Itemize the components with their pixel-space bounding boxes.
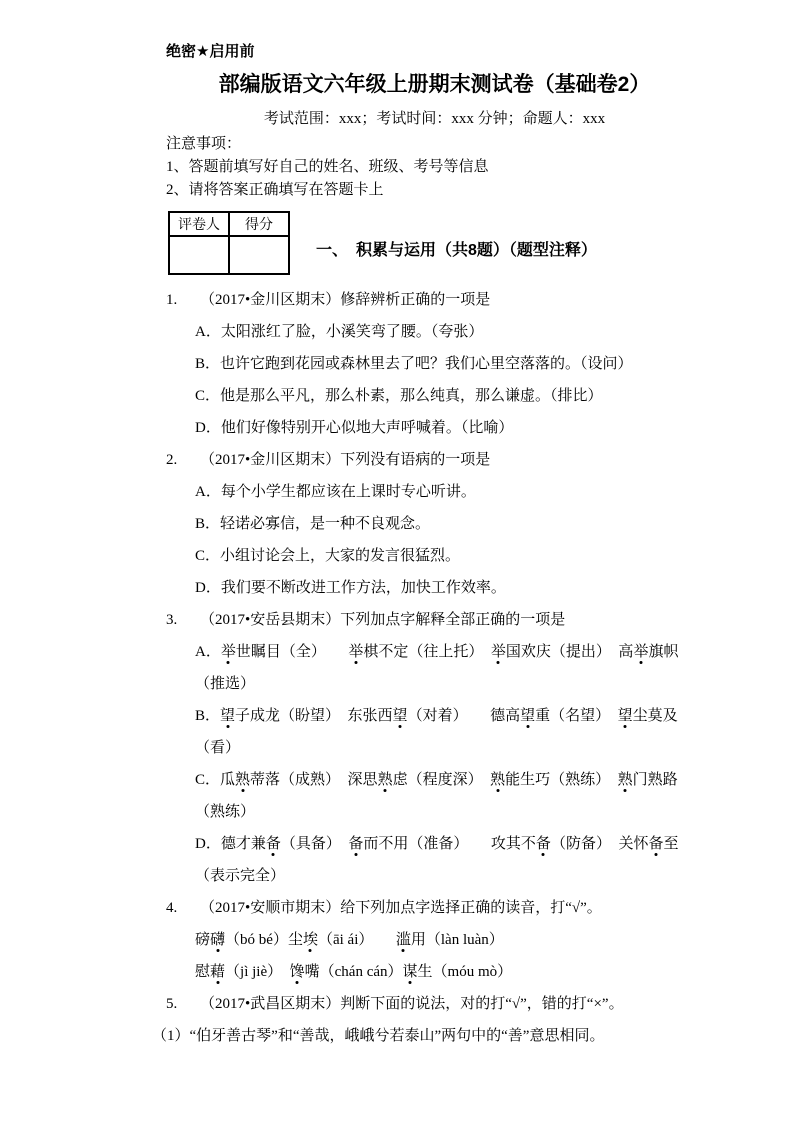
option-label: A． xyxy=(195,484,221,500)
question-1: 1. （2017•金川区期末）修辞辨析正确的一项是 A．太阳涨红了脸，小溪笑弯了… xyxy=(166,284,703,444)
question-5: 5. （2017•武昌区期末）判断下面的说法，对的打“√”，错的打“×”。 （1… xyxy=(166,988,703,1052)
question-4: 4. （2017•安顺市期末）给下列加点字选择正确的读音，打“√”。 磅礴（bó… xyxy=(166,892,703,988)
secret-label: 绝密★启用前 xyxy=(166,42,703,62)
question-list: 1. （2017•金川区期末）修辞辨析正确的一项是 A．太阳涨红了脸，小溪笑弯了… xyxy=(166,284,703,1052)
section-title: 一、 积累与运用（共8题）（题型注释） xyxy=(316,237,597,260)
option-label: B． xyxy=(195,708,220,724)
question-3: 3. （2017•安岳县期末）下列加点字解释全部正确的一项是 A．举世瞩目（全）… xyxy=(166,604,703,892)
option-label: D． xyxy=(195,836,221,852)
question-2-stem: （2017•金川区期末）下列没有语病的一项是 xyxy=(200,444,703,476)
question-1-option-a: A．太阳涨红了脸，小溪笑弯了腰。（夸张） xyxy=(195,316,703,348)
option-label: C． xyxy=(195,772,220,788)
option-text: 也许它跑到花园或森林里去了吧？我们心里空落落的。（设问） xyxy=(220,356,633,372)
score-table-grader-header: 评卷人 xyxy=(169,212,229,236)
option-text: 德才兼备（具备） 备而不用（准备） 攻其不备（防备） 关怀备至（表示完全） xyxy=(195,836,678,884)
question-5-stem: （2017•武昌区期末）判断下面的说法，对的打“√”，错的打“×”。 xyxy=(200,988,703,1020)
option-label: C． xyxy=(195,388,220,404)
option-label: A． xyxy=(195,644,221,660)
option-text: 小组讨论会上，大家的发言很猛烈。 xyxy=(220,548,460,564)
question-3-option-a: A．举世瞩目（全） 举棋不定（往上托） 举国欢庆（提出） 高举旗帜（推选） xyxy=(195,636,703,700)
question-3-option-d: D．德才兼备（具备） 备而不用（准备） 攻其不备（防备） 关怀备至（表示完全） xyxy=(195,828,703,892)
question-4-pinyin-line-2: 慰藉（jì jiè） 馋嘴（chán cán）谋生（móu mò） xyxy=(195,956,703,988)
question-2: 2. （2017•金川区期末）下列没有语病的一项是 A．每个小学生都应该在上课时… xyxy=(166,444,703,604)
option-label: A． xyxy=(195,324,221,340)
option-text: 他们好像特别开心似地大声呼喊着。（比喻） xyxy=(221,420,514,436)
score-table-score-cell xyxy=(229,236,289,274)
question-4-pinyin-line-1: 磅礴（bó bé）尘埃（āi ái） 滥用（làn luàn） xyxy=(195,924,703,956)
option-text: 我们要不断改进工作方法，加快工作效率。 xyxy=(221,580,506,596)
option-text: 望子成龙（盼望） 东张西望（对着） 德高望重（名望） 望尘莫及（看） xyxy=(195,708,678,756)
question-1-stem: （2017•金川区期末）修辞辨析正确的一项是 xyxy=(200,284,703,316)
notice-item-1: 1、答题前填写好自己的姓名、班级、考号等信息 xyxy=(166,156,703,179)
question-2-option-c: C．小组讨论会上，大家的发言很猛烈。 xyxy=(195,540,703,572)
question-1-number: 1. xyxy=(166,284,200,316)
exam-paper-page: 绝密★启用前 部编版语文六年级上册期末测试卷（基础卷2） 考试范围：xxx；考试… xyxy=(0,0,793,1122)
question-2-option-b: B．轻诺必寡信，是一种不良观念。 xyxy=(195,508,703,540)
question-4-stem: （2017•安顺市期末）给下列加点字选择正确的读音，打“√”。 xyxy=(200,892,703,924)
option-text: 举世瞩目（全） 举棋不定（往上托） 举国欢庆（提出） 高举旗帜（推选） xyxy=(195,644,678,692)
question-2-option-a: A．每个小学生都应该在上课时专心听讲。 xyxy=(195,476,703,508)
score-table-score-header: 得分 xyxy=(229,212,289,236)
question-4-number: 4. xyxy=(166,892,200,924)
option-text: 他是那么平凡，那么朴素，那么纯真，那么谦虚。（排比） xyxy=(220,388,603,404)
question-3-option-c: C．瓜熟蒂落（成熟） 深思熟虑（程度深） 熟能生巧（熟练） 熟门熟路（熟练） xyxy=(195,764,703,828)
option-text: 每个小学生都应该在上课时专心听讲。 xyxy=(221,484,476,500)
section-header-row: 评卷人 得分 一、 积累与运用（共8题）（题型注释） xyxy=(166,211,703,275)
question-5-subitem-1: （1）“伯牙善古琴”和“善哉，峨峨兮若泰山”两句中的“善”意思相同。 xyxy=(152,1020,703,1052)
exam-info: 考试范围：xxx；考试时间：xxx 分钟；命题人：xxx xyxy=(166,108,703,130)
score-table: 评卷人 得分 xyxy=(168,211,290,275)
option-text: 太阳涨红了脸，小溪笑弯了腰。（夸张） xyxy=(221,324,484,340)
notice-title: 注意事项： xyxy=(166,133,703,156)
question-3-option-b: B．望子成龙（盼望） 东张西望（对着） 德高望重（名望） 望尘莫及（看） xyxy=(195,700,703,764)
question-5-number: 5. xyxy=(166,988,200,1020)
question-2-option-d: D．我们要不断改进工作方法，加快工作效率。 xyxy=(195,572,703,604)
question-2-number: 2. xyxy=(166,444,200,476)
page-title: 部编版语文六年级上册期末测试卷（基础卷2） xyxy=(166,70,703,100)
question-3-number: 3. xyxy=(166,604,200,636)
question-1-option-d: D．他们好像特别开心似地大声呼喊着。（比喻） xyxy=(195,412,703,444)
option-label: C． xyxy=(195,548,220,564)
option-label: D． xyxy=(195,580,221,596)
question-1-option-b: B．也许它跑到花园或森林里去了吧？我们心里空落落的。（设问） xyxy=(195,348,703,380)
option-text: 瓜熟蒂落（成熟） 深思熟虑（程度深） 熟能生巧（熟练） 熟门熟路（熟练） xyxy=(195,772,678,820)
question-1-option-c: C．他是那么平凡，那么朴素，那么纯真，那么谦虚。（排比） xyxy=(195,380,703,412)
option-label: B． xyxy=(195,356,220,372)
notice-item-2: 2、请将答案正确填写在答题卡上 xyxy=(166,179,703,202)
score-table-grader-cell xyxy=(169,236,229,274)
option-text: 轻诺必寡信，是一种不良观念。 xyxy=(220,516,430,532)
option-label: D． xyxy=(195,420,221,436)
option-label: B． xyxy=(195,516,220,532)
question-3-stem: （2017•安岳县期末）下列加点字解释全部正确的一项是 xyxy=(200,604,703,636)
